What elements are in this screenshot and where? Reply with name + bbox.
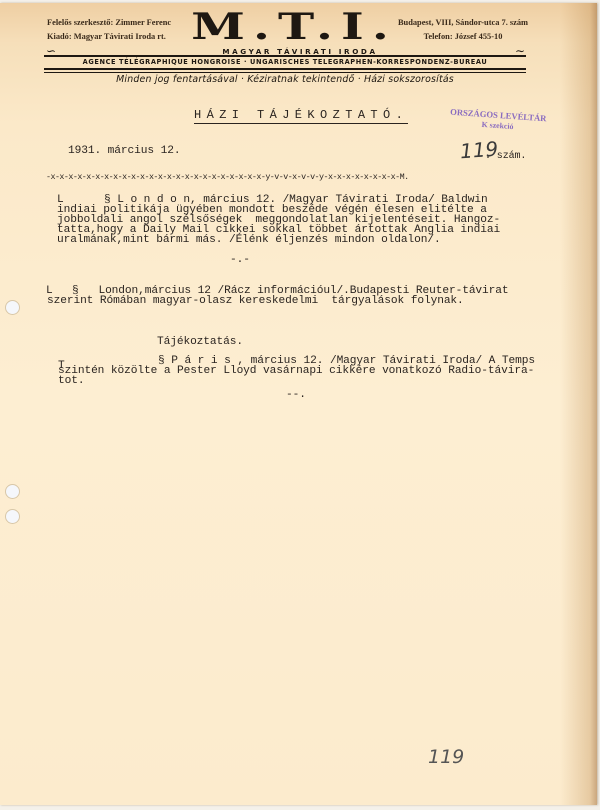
news-item-london-line: uralmának,mint bármi más. /Élénk éljenzé… — [57, 236, 441, 246]
end-mark: --. — [286, 391, 306, 401]
page-number-handwritten: 119 — [428, 746, 464, 768]
punch-hole — [5, 509, 20, 524]
address-block: Budapest, VIII, Sándor-utca 7. szám Tele… — [378, 16, 548, 44]
phone-line: Telefon: József 455-10 — [378, 30, 548, 44]
rights-banner: Minden jog fentartásával · Kéziratnak te… — [44, 74, 526, 85]
document-date: 1931. március 12. — [68, 147, 180, 157]
news-item-paris-line: szintén közölte a Pester Lloyd vasárnapi… — [58, 367, 534, 377]
publisher-line: Kiadó: Magyar Távirati Iroda rt. — [47, 30, 171, 44]
letterhead-rule — [44, 68, 526, 70]
agency-banner: MAGYAR TÁVIRATI IRODA — [175, 47, 425, 56]
separator-line: -x-x-x-x-x-x-x-x-x-x-x-x-x-x-x-x-x-x-x-x… — [46, 173, 409, 183]
end-mark: -.- — [230, 256, 250, 266]
editor-publisher-block: Felelős szerkesztő: Zimmer Ferenc Kiadó:… — [47, 16, 171, 44]
news-item-rome-line: szerint Rómában magyar-olasz kereskedelm… — [47, 297, 464, 307]
address-line: Budapest, VIII, Sándor-utca 7. szám — [378, 16, 548, 30]
news-item-paris-line: tot. — [58, 377, 84, 387]
languages-banner: AGENCE TÉLÉGRAPHIQUE HONGROISE · UNGARIS… — [44, 58, 526, 66]
issue-suffix: . szám. — [485, 152, 526, 162]
punch-hole — [5, 300, 20, 315]
letterhead-rule — [44, 72, 526, 73]
editor-line: Felelős szerkesztő: Zimmer Ferenc — [47, 16, 171, 30]
document-title: HÁZI TÁJÉKOZTATÓ. — [194, 108, 408, 124]
section-heading: Tájékoztatás. — [157, 338, 243, 348]
punch-hole — [5, 484, 20, 499]
